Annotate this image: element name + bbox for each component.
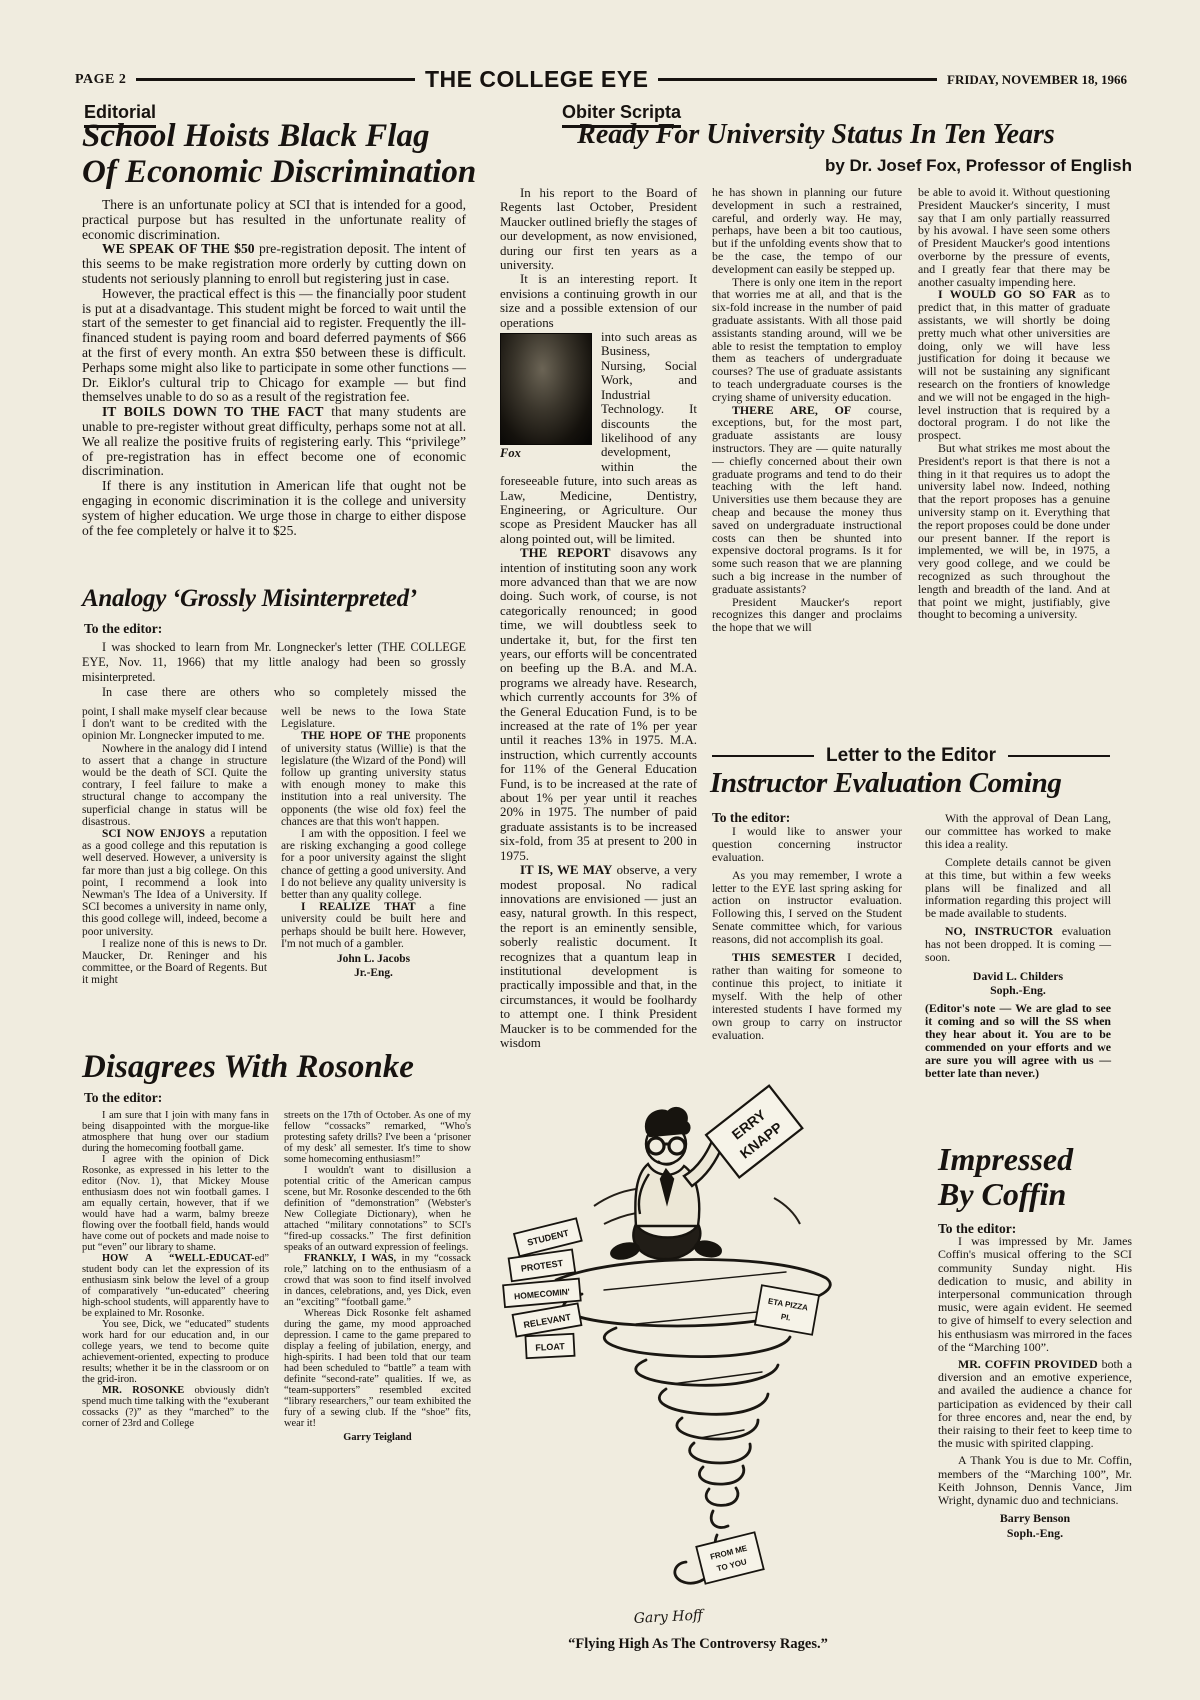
instructor-salutation: To the editor:	[712, 812, 902, 825]
signature-name: Garry Teigland	[284, 1432, 471, 1444]
paragraph: I wouldn't want to disillusion a potenti…	[284, 1165, 471, 1253]
artist-signature: Gary Hoff	[633, 1607, 705, 1627]
editorial-cartoon: ERRY KNAPP STUDENT PROTEST HOMECOMIN' RE…	[486, 1028, 910, 1628]
paragraph: THE REPORT disavows any intention of ins…	[500, 546, 697, 863]
figure-shoe-right	[694, 1239, 722, 1258]
disagrees-column-2: streets on the 17th of October. As one o…	[284, 1110, 471, 1444]
coffin-body: To the editor: I was impressed by Mr. Ja…	[938, 1222, 1132, 1540]
paragraph: IT IS, WE MAY observe, a very modest pro…	[500, 863, 697, 1050]
editorial-body: There is an unfortunate policy at SCI th…	[82, 198, 466, 538]
divider-rule-right	[1008, 755, 1110, 757]
paragraph-text: both a diversion and an emotive experien…	[938, 1357, 1132, 1450]
fox-column-3: be able to avoid it. Without questioning…	[918, 186, 1110, 621]
fox-photo: Fox	[500, 333, 592, 460]
masthead-rule-left	[136, 78, 415, 81]
paragraph: I was shocked to learn from Mr. Longneck…	[82, 640, 466, 685]
paragraph-lead: NO, INSTRUCTOR	[945, 924, 1053, 938]
paragraph-lead: MR. ROSONKE	[102, 1385, 184, 1396]
paragraph: WE SPEAK OF THE $50 pre-registration dep…	[82, 242, 466, 286]
paragraph: Nowhere in the analogy did I intend to a…	[82, 743, 267, 828]
paragraph: IT BOILS DOWN TO THE FACT that many stud…	[82, 405, 466, 479]
page-number: PAGE 2	[75, 72, 126, 88]
signature-class: Soph.-Eng.	[925, 983, 1111, 997]
editorial-headline-line2: Of Economic Discrimination	[82, 155, 477, 191]
paragraph: With the approval of Dean Lang, our comm…	[925, 812, 1111, 851]
paragraph: THE HOPE OF THE proponents of university…	[281, 730, 466, 828]
masthead: PAGE 2 THE COLLEGE EYE FRIDAY, NOVEMBER …	[75, 66, 1127, 93]
cartoon-drawing: ERRY KNAPP STUDENT PROTEST HOMECOMIN' RE…	[486, 1028, 910, 1628]
flying-paper-eta-pizza-pi: ETA PIZZA PI.	[755, 1285, 819, 1334]
analogy-headline: Analogy ‘Grossly Misinterpreted’	[82, 585, 480, 612]
disagrees-column-1: I am sure that I join with many fans in …	[82, 1110, 269, 1429]
paragraph: MR. COFFIN PROVIDED both a diversion and…	[938, 1358, 1132, 1450]
paragraph: point, I shall make myself clear because…	[82, 706, 267, 743]
paragraph-lead: THIS SEMESTER	[732, 950, 836, 964]
paragraph: President Maucker's report recognizes th…	[712, 596, 902, 634]
paragraph: HOW A “WELL-EDUCAT-ed” student body can …	[82, 1253, 269, 1319]
figure-shoe-left	[610, 1241, 641, 1261]
paragraph: MR. ROSONKE obviously didn't spend much …	[82, 1385, 269, 1429]
paragraph: There is only one item in the report tha…	[712, 276, 902, 404]
editors-note: (Editor's note — We are glad to see it c…	[925, 1002, 1111, 1079]
analogy-intro: I was shocked to learn from Mr. Longneck…	[82, 640, 466, 700]
editorial-headline: School Hoists Black Flag Of Economic Dis…	[82, 119, 477, 190]
paragraph: I was impressed by Mr. James Coffin's mu…	[938, 1235, 1132, 1354]
paragraph-lead: I REALIZE THAT	[301, 901, 416, 913]
paragraph: But what strikes me most about the Presi…	[918, 442, 1110, 621]
raised-paper: ERRY KNAPP	[706, 1086, 802, 1178]
paragraph: I WOULD GO SO FAR as to predict that, in…	[918, 288, 1110, 442]
paragraph: well be news to the Iowa State Legislatu…	[281, 706, 466, 730]
coffin-headline-line2: By Coffin	[938, 1177, 1134, 1212]
paragraph: be able to avoid it. Without questioning…	[918, 186, 1110, 288]
paragraph: If there is any institution in American …	[82, 479, 466, 538]
paragraph: THERE ARE, OF course, exceptions, but, f…	[712, 404, 902, 596]
letter-signature: David L. Childers Soph.-Eng.	[925, 969, 1111, 997]
paragraph: You see, Dick, we “educated” students wo…	[82, 1319, 269, 1385]
paragraph: I am with the opposition. I feel we are …	[281, 828, 466, 901]
flying-paper-float: FLOAT	[525, 1334, 574, 1358]
paragraph: There is an unfortunate policy at SCI th…	[82, 198, 466, 242]
analogy-column-1: point, I shall make myself clear because…	[82, 706, 267, 987]
paragraph: As you may remember, I wrote a letter to…	[712, 869, 902, 946]
paragraph: However, the practical effect is this — …	[82, 287, 466, 405]
flying-paper-homecomin: HOMECOMIN'	[503, 1279, 581, 1308]
figure-legs	[633, 1224, 700, 1259]
paragraph-lead: HOW A “WELL-EDUCAT-	[102, 1253, 255, 1264]
issue-date: FRIDAY, NOVEMBER 18, 1966	[947, 72, 1127, 88]
letter-to-editor-label: Letter to the Editor	[826, 745, 996, 767]
analogy-column-2: well be news to the Iowa State Legislatu…	[281, 706, 466, 987]
paragraph-text: disavows any intention of instituting so…	[500, 546, 697, 863]
fox-byline: by Dr. Josef Fox, Professor of English	[500, 156, 1132, 176]
disagrees-headline: Disagrees With Rosonke	[82, 1050, 482, 1086]
paragraph: Fox into such areas as Business, Nursing…	[500, 330, 697, 546]
paragraph: In case there are others who so complete…	[82, 685, 466, 700]
flying-paper-relevant: RELEVANT	[513, 1303, 582, 1336]
signature-name: David L. Childers	[925, 969, 1111, 983]
disagrees-salutation: To the editor:	[84, 1090, 162, 1106]
figure-hair	[646, 1108, 689, 1136]
paragraph: I REALIZE THAT a fine university could b…	[281, 901, 466, 950]
analogy-columns: point, I shall make myself clear because…	[82, 706, 466, 987]
signature-name: John L. Jacobs	[281, 953, 466, 967]
instructor-column-2: With the approval of Dean Lang, our comm…	[925, 812, 1111, 1085]
flying-paper-from-me-to-you: FROM ME TO YOU	[696, 1532, 763, 1583]
paragraph-lead: IT BOILS DOWN TO THE FACT	[102, 404, 324, 419]
paragraph-lead: FRANKLY, I WAS,	[304, 1253, 396, 1264]
paragraph-lead: THE HOPE OF THE	[301, 730, 411, 742]
paragraph: A Thank You is due to Mr. Coffin, member…	[938, 1454, 1132, 1507]
paragraph: Whereas Dick Rosonke felt ashamed during…	[284, 1308, 471, 1429]
paragraph-lead: SCI NOW ENJOYS	[102, 828, 205, 840]
letter-signature: Barry Benson Soph.-Eng.	[938, 1511, 1132, 1540]
fox-column-1: In his report to the Board of Regents la…	[500, 186, 697, 1050]
paragraph: NO, INSTRUCTOR evaluation has not been d…	[925, 925, 1111, 964]
signature-class: Jr.-Eng.	[281, 967, 466, 981]
paragraph: he has shown in planning our future deve…	[712, 186, 902, 276]
instructor-headline: Instructor Evaluation Coming	[710, 768, 1114, 799]
editorial-headline-line1: School Hoists Black Flag	[82, 119, 477, 155]
fox-photo-image	[500, 333, 592, 445]
paragraph-lead: IT IS, WE MAY	[520, 863, 612, 877]
paragraph: streets on the 17th of October. As one o…	[284, 1110, 471, 1165]
paper-label: FLOAT	[535, 1341, 565, 1353]
paragraph: I realize none of this is news to Dr. Ma…	[82, 938, 267, 987]
signature-name: Barry Benson	[938, 1511, 1132, 1525]
cartoon-caption: “Flying High As The Controversy Rages.”	[486, 1636, 910, 1653]
coffin-headline: Impressed By Coffin	[938, 1142, 1134, 1211]
paragraph-lead: THE REPORT	[520, 546, 610, 560]
paragraph-lead: MR. COFFIN PROVIDED	[958, 1357, 1098, 1371]
paper-label: PI.	[780, 1312, 791, 1323]
fox-photo-caption: Fox	[500, 445, 592, 460]
masthead-rule-right	[658, 78, 937, 81]
paragraph: It is an interesting report. It envision…	[500, 272, 697, 330]
paragraph-text: as to predict that, in this matter of gr…	[918, 287, 1110, 442]
paragraph-lead: WE SPEAK OF THE $50	[102, 241, 255, 256]
masthead-title: THE COLLEGE EYE	[425, 66, 648, 93]
paragraph-text: proponents of university status (Willie)…	[281, 730, 466, 827]
cartoon-figure	[610, 1108, 726, 1261]
paragraph: In his report to the Board of Regents la…	[500, 186, 697, 272]
letter-signature: John L. Jacobs Jr.-Eng.	[281, 953, 466, 980]
paragraph: FRANKLY, I WAS, in my “cossack role,” la…	[284, 1253, 471, 1308]
newspaper-page: PAGE 2 THE COLLEGE EYE FRIDAY, NOVEMBER …	[0, 0, 1200, 1700]
instructor-column-1: To the editor: I would like to answer yo…	[712, 812, 902, 1046]
paragraph: SCI NOW ENJOYS a reputation as a good co…	[82, 828, 267, 938]
coffin-headline-line1: Impressed	[938, 1142, 1134, 1177]
divider-rule-left	[712, 755, 814, 757]
fox-headline: Ready For University Status In Ten Years	[500, 120, 1132, 150]
analogy-salutation: To the editor:	[84, 621, 162, 637]
letter-to-editor-divider: Letter to the Editor	[712, 745, 1110, 767]
paragraph: I would like to answer your question con…	[712, 825, 902, 864]
paragraph: I am sure that I join with many fans in …	[82, 1110, 269, 1154]
paragraph: I agree with the opinion of Dick Rosonke…	[82, 1154, 269, 1253]
paragraph-text: a reputation as a good college and this …	[82, 828, 267, 938]
fox-column-2: he has shown in planning our future deve…	[712, 186, 902, 634]
letter-signature: Garry Teigland	[284, 1432, 471, 1444]
paragraph-text: observe, a very modest proposal. No radi…	[500, 863, 697, 1050]
paragraph-text: course, exceptions, but, for the most pa…	[712, 403, 902, 596]
signature-class: Soph.-Eng.	[938, 1526, 1132, 1540]
paragraph: Complete details cannot be given at this…	[925, 856, 1111, 921]
